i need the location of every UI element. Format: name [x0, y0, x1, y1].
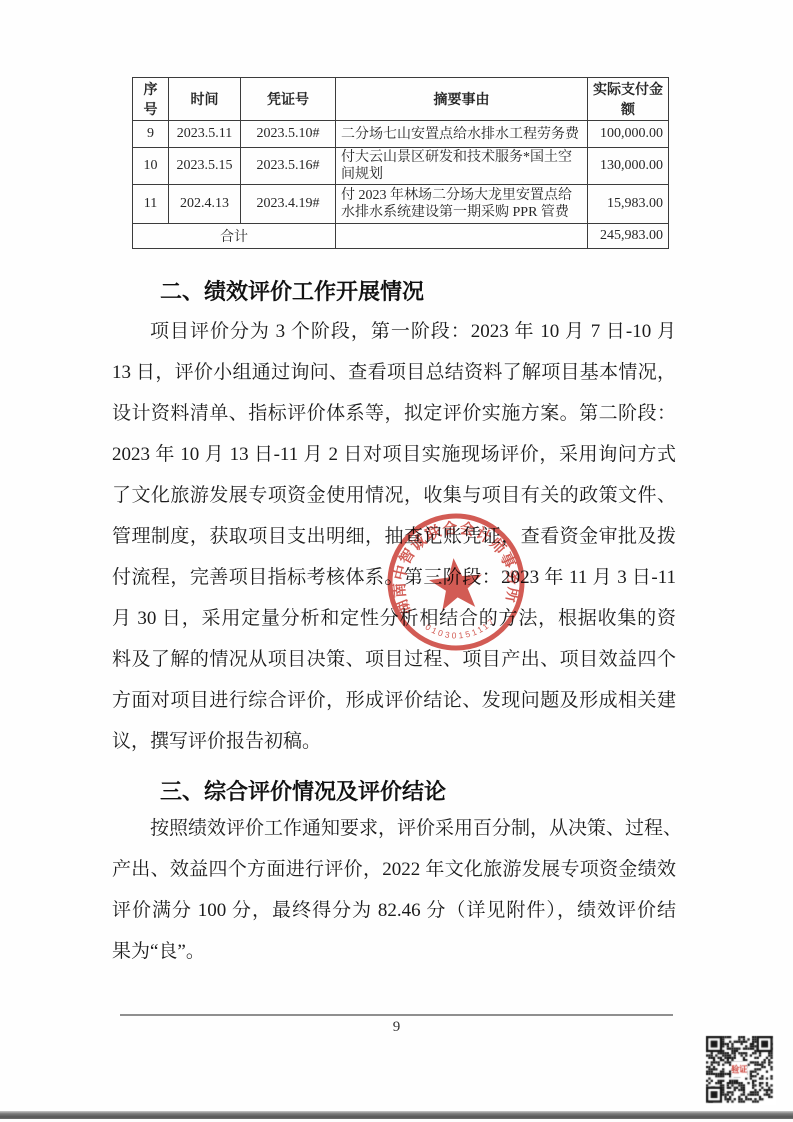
cell-voucher: 2023.5.10# [241, 121, 336, 148]
column-header: 凭证号 [241, 78, 336, 121]
text-line: 2023 年 10 月 13 日-11 月 2 日对项目实施现场评价，采用询问方… [112, 434, 676, 475]
cell-no: 9 [133, 121, 169, 148]
column-header: 实际支付金额 [588, 78, 669, 121]
text-line: 料及了解的情况从项目决策、项目过程、项目产出、项目效益四个 [112, 639, 676, 680]
verification-qr-code [703, 1033, 776, 1105]
text-line: 管理制度，获取项目支出明细，抽查记账凭证，查看资金审批及拨 [112, 516, 676, 557]
cell-date: 202.4.13 [169, 185, 241, 224]
table-row: 11202.4.132023.4.19#付 2023 年林场二分场大龙里安置点给… [133, 185, 669, 224]
cell-date: 2023.5.15 [169, 148, 241, 185]
total-empty [336, 224, 588, 249]
cell-voucher: 2023.5.16# [241, 148, 336, 185]
column-header: 摘要事由 [336, 78, 588, 121]
text-line: 月 30 日，采用定量分析和定性分析相结合的方法，根据收集的资 [112, 598, 676, 639]
scan-edge [0, 1111, 793, 1119]
column-header: 序号 [133, 78, 169, 121]
cell-voucher: 2023.4.19# [241, 185, 336, 224]
cell-summary: 付 2023 年林场二分场大龙里安置点给水排水系统建设第一期采购 PPR 管费 [336, 185, 588, 224]
document-page: 序号时间凭证号摘要事由实际支付金额92023.5.112023.5.10#二分场… [0, 0, 793, 1122]
table-row: 102023.5.152023.5.16#付大云山景区研发和技术服务*国土空间规… [133, 148, 669, 185]
table-header-row: 序号时间凭证号摘要事由实际支付金额 [133, 78, 669, 121]
cell-date: 2023.5.11 [169, 121, 241, 148]
section2-heading: 二、绩效评价工作开展情况 [160, 275, 680, 306]
cell-amount: 15,983.00 [588, 185, 669, 224]
table-row: 92023.5.112023.5.10#二分场七山安置点给水排水工程劳务费100… [133, 121, 669, 148]
footer-rule [120, 1014, 673, 1016]
cell-summary: 付大云山景区研发和技术服务*国土空间规划 [336, 148, 588, 185]
section3-paragraph: 按照绩效评价工作通知要求，评价采用百分制，从决策、过程、产出、效益四个方面进行评… [112, 808, 676, 972]
cell-no: 10 [133, 148, 169, 185]
text-line: 按照绩效评价工作通知要求，评价采用百分制，从决策、过程、 [112, 808, 676, 849]
column-header: 时间 [169, 78, 241, 121]
text-line: 议，撰写评价报告初稿。 [112, 721, 676, 762]
text-line: 项目评价分为 3 个阶段，第一阶段：2023 年 10 月 7 日-10 月 [112, 311, 676, 352]
payments-table: 序号时间凭证号摘要事由实际支付金额92023.5.112023.5.10#二分场… [132, 77, 669, 249]
text-line: 产出、效益四个方面进行评价，2022 年文化旅游发展专项资金绩效 [112, 849, 676, 890]
cell-amount: 130,000.00 [588, 148, 669, 185]
text-line: 设计资料清单、指标评价体系等，拟定评价实施方案。第二阶段： [112, 393, 676, 434]
table-total-row: 合计245,983.00 [133, 224, 669, 249]
text-line: 方面对项目进行综合评价，形成评价结论、发现问题及形成相关建 [112, 680, 676, 721]
section3-heading: 三、综合评价情况及评价结论 [160, 775, 680, 806]
page-number: 9 [120, 1019, 673, 1036]
cell-amount: 100,000.00 [588, 121, 669, 148]
text-line: 付流程，完善项目指标考核体系。第三阶段：2023 年 11 月 3 日-11 [112, 557, 676, 598]
cell-summary: 二分场七山安置点给水排水工程劳务费 [336, 121, 588, 148]
text-line: 13 日，评价小组通过询问、查看项目总结资料了解项目基本情况， [112, 352, 676, 393]
text-line: 评价满分 100 分，最终得分为 82.46 分（详见附件），绩效评价结 [112, 890, 676, 931]
text-line: 果为“良”。 [112, 931, 676, 972]
section2-paragraph: 项目评价分为 3 个阶段，第一阶段：2023 年 10 月 7 日-10 月13… [112, 311, 676, 762]
text-line: 了文化旅游发展专项资金使用情况，收集与项目有关的政策文件、 [112, 475, 676, 516]
cell-no: 11 [133, 185, 169, 224]
total-amount: 245,983.00 [588, 224, 669, 249]
total-label: 合计 [133, 224, 336, 249]
